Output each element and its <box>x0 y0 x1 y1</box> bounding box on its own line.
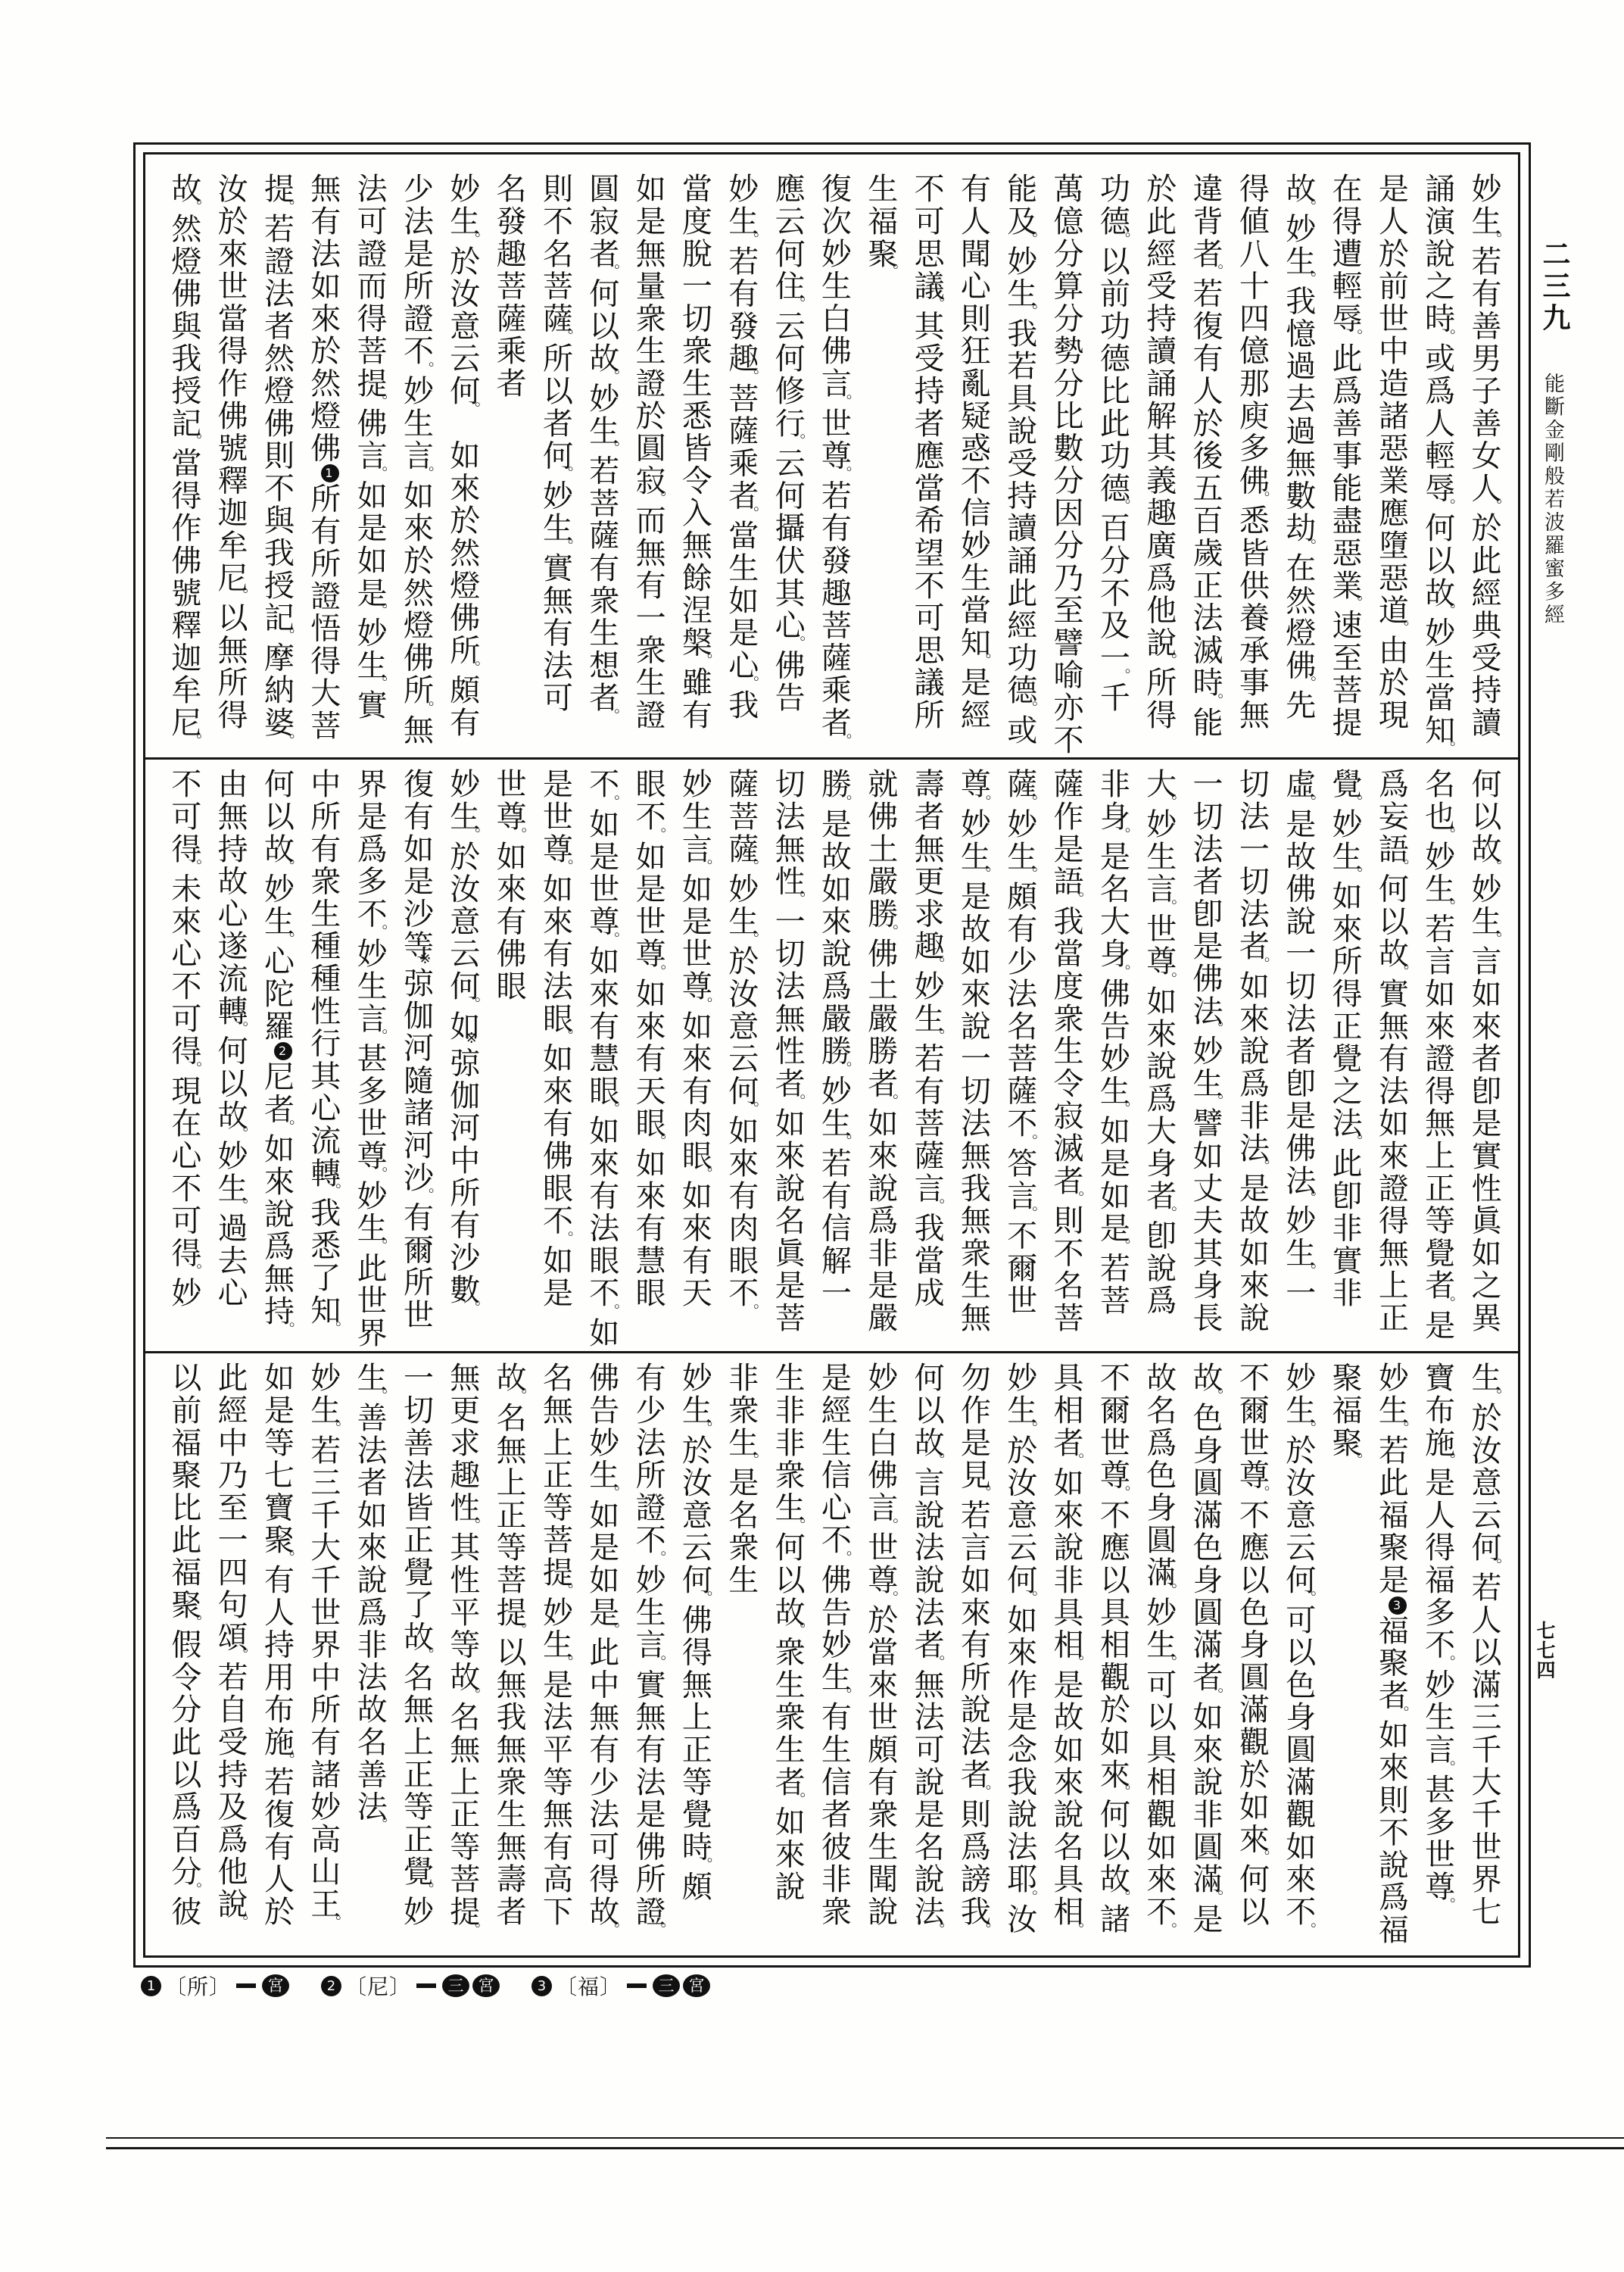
punctuation-circle: 。 <box>1439 603 1457 618</box>
text-column: 薩。妙生。頗有少法名菩薩不。答言。不爾世 <box>996 768 1042 1351</box>
punctuation-circle: 。 <box>1299 794 1317 810</box>
text-column: 妙生。於汝意云何。佛得無上正等覺時。頗 <box>671 1362 717 1946</box>
text-column: 萬億分算分勢分比數分因分乃至譬喻亦不 <box>1043 173 1089 757</box>
text-column: 薩作是語。我當度衆生令寂滅者。則不名菩 <box>1043 768 1089 1351</box>
punctuation-circle: 。 <box>277 1752 295 1768</box>
punctuation-circle: 。 <box>1021 304 1039 319</box>
punctuation-circle: 。 <box>1299 1421 1317 1436</box>
margin-leaf-number: 七七四 <box>1531 1621 1558 1680</box>
edition-badge: 宮 <box>262 1974 289 1997</box>
punctuation-circle: 。 <box>1021 794 1039 810</box>
text-column: 故名爲色身圓滿。妙生。可以具相觀如來不。 <box>1135 1362 1181 1946</box>
punctuation-circle: 。 <box>649 964 667 979</box>
punctuation-circle: 。 <box>834 733 853 748</box>
punctuation-circle: 。 <box>1392 620 1410 635</box>
punctuation-circle: 。 <box>927 296 946 311</box>
text-column: 於此經受持讀誦解其義趣廣爲他說。所得 <box>1135 173 1181 757</box>
punctuation-circle: 。 <box>277 1322 295 1337</box>
footnote-lemma: 〔福〕 <box>556 1971 622 2001</box>
punctuation-circle: 。 <box>277 199 295 214</box>
punctuation-circle: 。 <box>927 1655 946 1670</box>
punctuation-circle: 。 <box>185 733 203 748</box>
text-column: 圓寂者。何以故。妙生。若菩薩有衆生想者。 <box>578 173 624 757</box>
punctuation-circle: 。 <box>277 1119 295 1134</box>
text-column: 在得遭輕辱。此爲善事能盡惡業。速至菩提 <box>1321 173 1367 757</box>
punctuation-circle: 。 <box>556 859 574 874</box>
punctuation-circle: 。 <box>927 1922 946 1937</box>
punctuation-circle: 。 <box>927 957 946 972</box>
punctuation-circle: 。 <box>1252 957 1270 972</box>
punctuation-circle: 。 <box>695 653 713 668</box>
punctuation-circle: 。 <box>788 433 806 448</box>
punctuation-circle: 。 <box>1067 1922 1085 1937</box>
punctuation-circle: 。 <box>1439 1655 1457 1670</box>
punctuation-circle: 。 <box>1392 859 1410 874</box>
punctuation-circle: 。 <box>370 1238 388 1253</box>
text-column: 少法是所證不。妙生言。如來於然燈佛所。無 <box>392 173 438 757</box>
punctuation-circle: 。 <box>1485 859 1503 874</box>
inline-footnote-marker: 3 <box>1389 1596 1407 1615</box>
punctuation-circle: 。 <box>1252 491 1270 506</box>
punctuation-circle: 。 <box>1439 1897 1457 1912</box>
punctuation-circle: 。 <box>185 433 203 448</box>
punctuation-circle: 。 <box>416 1647 435 1662</box>
punctuation-circle: 。 <box>649 491 667 506</box>
punctuation-circle: 。 <box>1160 794 1178 810</box>
punctuation-circle: 。 <box>974 1485 992 1500</box>
punctuation-circle: 。 <box>370 1817 388 1832</box>
punctuation-circle: 。 <box>1160 972 1178 987</box>
text-column: 功德。以前功德比此功德。百分不及一。千 <box>1089 173 1135 757</box>
text-column: 何以故。言說法說法者。無法可說是名說法。 <box>903 1362 949 1946</box>
punctuation-circle: 。 <box>742 232 760 247</box>
punctuation-circle: 。 <box>556 1028 574 1044</box>
text-column: 妙生。若三千大千世界中所有諸妙高山王。 <box>299 1362 345 1946</box>
text-column: 爲妄語。何以故。實無有法如來證得無上正 <box>1367 768 1414 1351</box>
punctuation-circle: 。 <box>463 827 482 842</box>
punctuation-circle: 。 <box>463 1687 482 1702</box>
punctuation-circle: 。 <box>603 441 621 456</box>
text-column: 生。善法者如來說爲非法故名善法。 <box>346 1362 392 1946</box>
punctuation-circle: 。 <box>1345 866 1364 882</box>
text-column: 故。色身圓滿色身圓滿者。如來說非圓滿。是 <box>1182 1362 1228 1946</box>
punctuation-circle: 。 <box>463 1922 482 1937</box>
punctuation-circle: 。 <box>834 466 853 481</box>
punctuation-circle: 。 <box>974 1784 992 1799</box>
punctuation-circle: 。 <box>1160 1922 1178 1937</box>
punctuation-circle: 。 <box>416 1187 435 1203</box>
text-column: 佛告妙生。如是如是。此中無有少法可得故。 <box>578 1362 624 1946</box>
punctuation-circle: 。 <box>1345 1134 1364 1149</box>
punctuation-circle: 。 <box>231 1647 249 1662</box>
punctuation-circle: 。 <box>1206 1890 1224 1905</box>
punctuation-circle: 。 <box>788 1622 806 1637</box>
text-column: 何以故。妙生。言如來者卽是實性眞如之異 <box>1460 768 1507 1351</box>
punctuation-circle: 。 <box>1160 899 1178 914</box>
punctuation-circle: 。 <box>1345 595 1364 610</box>
punctuation-circle: 。 <box>463 1518 482 1533</box>
punctuation-circle: 。 <box>603 1101 621 1116</box>
text-column: 就佛土嚴勝。佛土嚴勝者。如來說爲非是嚴 <box>856 768 902 1351</box>
punctuation-circle: 。 <box>603 1622 621 1637</box>
text-column: 不。如是世尊。如來有慧眼。如來有法眼不。如 <box>578 768 624 1351</box>
footnote-number-badge: 2 <box>321 1976 341 1996</box>
text-column: 不可思議。其受持者應當希望不可思議所 <box>903 173 949 757</box>
text-column: 界是爲多不。妙生言。甚多世尊。妙生。此世界 <box>346 768 392 1351</box>
text-column: 大。妙生言。世尊。如來說爲大身者。卽說爲 <box>1135 768 1181 1351</box>
punctuation-circle: 。 <box>1485 498 1503 513</box>
variant-reference-mark: ※ <box>455 1042 470 1047</box>
punctuation-circle: 。 <box>1113 1890 1131 1905</box>
register-divider-2 <box>145 1351 1518 1353</box>
text-column: 薩菩薩。妙生。於汝意云何。如來有肉眼不。 <box>717 768 763 1351</box>
text-column: 如是無量衆生證於圓寂。而無有一衆生證 <box>625 173 671 757</box>
punctuation-circle: 。 <box>649 827 667 842</box>
punctuation-circle: 。 <box>1206 1094 1224 1109</box>
punctuation-circle: 。 <box>370 603 388 618</box>
punctuation-circle: 。 <box>277 733 295 748</box>
text-column: 如是等七寶聚。有人持用布施。若復有人於 <box>253 1362 299 1946</box>
text-column: 妙生。於汝意云何。 如來於然燈佛所。頗有 <box>438 173 485 757</box>
punctuation-circle: 。 <box>1021 1206 1039 1221</box>
punctuation-circle: 。 <box>1345 1453 1364 1468</box>
text-column: 非衆生。是名衆生 <box>717 1362 763 1946</box>
punctuation-circle: 。 <box>185 1615 203 1630</box>
text-column: 具相者。如來說非具相。是故如來說名具相。 <box>1043 1362 1089 1946</box>
punctuation-circle: 。 <box>1392 964 1410 979</box>
punctuation-circle: 。 <box>416 361 435 376</box>
text-column: 妙生。若有發趣。菩薩乘者。當生如是心。我 <box>717 173 763 757</box>
punctuation-circle: 。 <box>277 932 295 947</box>
punctuation-circle: 。 <box>742 1303 760 1319</box>
punctuation-circle: 。 <box>834 1061 853 1076</box>
inline-footnote-marker: 2 <box>274 1042 292 1060</box>
punctuation-circle: 。 <box>1299 1263 1317 1278</box>
punctuation-circle: 。 <box>510 1388 528 1403</box>
punctuation-circle: 。 <box>1439 498 1457 513</box>
punctuation-circle: 。 <box>1299 271 1317 286</box>
punctuation-circle: 。 <box>1392 1421 1410 1436</box>
punctuation-circle: 。 <box>324 1421 342 1436</box>
punctuation-circle: 。 <box>1485 232 1503 247</box>
punctuation-circle: 。 <box>510 827 528 842</box>
text-column: 妙生。若有善男子善女人。於此經典受持讀 <box>1460 173 1507 757</box>
punctuation-circle: 。 <box>603 1303 621 1319</box>
punctuation-circle: 。 <box>556 1231 574 1246</box>
punctuation-circle: 。 <box>881 1094 899 1109</box>
punctuation-circle: 。 <box>277 628 295 643</box>
punctuation-circle: 。 <box>742 859 760 874</box>
punctuation-circle: 。 <box>324 1183 342 1198</box>
punctuation-circle: 。 <box>416 466 435 481</box>
footnote-number-badge: 1 <box>141 1976 161 1996</box>
punctuation-circle: 。 <box>881 264 899 279</box>
punctuation-circle: 。 <box>556 1583 574 1598</box>
punctuation-circle: 。 <box>603 932 621 947</box>
punctuation-circle: 。 <box>1113 668 1131 683</box>
text-column: 名發趣菩薩乘者 <box>485 173 531 757</box>
text-column: 妙生。若此福聚是3福聚者。如來則不說爲福 <box>1367 1362 1414 1946</box>
text-column: 復次妙生白佛言。世尊。若有發趣菩薩乘者。 <box>810 173 856 757</box>
punctuation-circle: 。 <box>1299 1922 1317 1937</box>
punctuation-circle: 。 <box>370 676 388 691</box>
punctuation-circle: 。 <box>1252 1159 1270 1174</box>
footnote-lemma: 〔所〕 <box>165 1971 231 2001</box>
punctuation-circle: 。 <box>463 997 482 1012</box>
punctuation-circle: 。 <box>1160 1583 1178 1598</box>
text-column: 是人於前世中造諸惡業應墮惡道。由於現 <box>1367 173 1414 757</box>
text-column: 眼不。如是世尊。如來有天眼。如來有慧眼 <box>625 768 671 1351</box>
text-column: 妙生。於汝意云何。可以色身圓滿觀如來不。 <box>1274 1362 1320 1946</box>
punctuation-circle: 。 <box>1021 1134 1039 1149</box>
punctuation-circle: 。 <box>1021 701 1039 716</box>
punctuation-circle: 。 <box>788 296 806 311</box>
punctuation-circle: 。 <box>788 891 806 907</box>
punctuation-circle: 。 <box>881 924 899 939</box>
punctuation-circle: 。 <box>1160 1206 1178 1221</box>
punctuation-circle: 。 <box>603 264 621 279</box>
footnote-entry: 2〔尼〕三宮 <box>321 1971 500 2001</box>
punctuation-circle: 。 <box>1485 932 1503 947</box>
text-column: 何以故。妙生。心陀羅2尼者。如來說爲無持。 <box>253 768 299 1351</box>
punctuation-circle: 。 <box>1206 264 1224 279</box>
punctuation-circle: 。 <box>1067 1453 1085 1468</box>
text-column: 由無持故心遂流轉。何以故。妙生。過去心 <box>207 768 253 1351</box>
omission-dash <box>627 1983 647 1988</box>
edition-badge: 三 <box>653 1974 680 1997</box>
punctuation-circle: 。 <box>185 1061 203 1076</box>
punctuation-circle: 。 <box>1439 1760 1457 1775</box>
punctuation-circle: 。 <box>742 932 760 947</box>
punctuation-circle: 。 <box>556 329 574 344</box>
punctuation-circle: 。 <box>974 794 992 810</box>
text-column: 汝於來世當得作佛號釋迦牟尼。以無所得 <box>207 173 253 757</box>
punctuation-circle: 。 <box>1299 199 1317 214</box>
punctuation-circle: 。 <box>1113 1238 1131 1253</box>
punctuation-circle: 。 <box>1160 653 1178 668</box>
apparatus-footnotes: 1〔所〕宮2〔尼〕三宮3〔福〕三宮 <box>141 1971 710 2001</box>
punctuation-circle: 。 <box>1113 964 1131 979</box>
punctuation-circle: 。 <box>1206 1388 1224 1403</box>
text-column: 中所有衆生種種性行其心流轉。我悉了知。 <box>299 768 345 1351</box>
punctuation-circle: 。 <box>1345 794 1364 810</box>
punctuation-circle: 。 <box>695 997 713 1012</box>
punctuation-circle: 。 <box>463 232 482 247</box>
punctuation-circle: 。 <box>231 1126 249 1141</box>
punctuation-circle: 。 <box>788 1094 806 1109</box>
text-column: 得値八十四億那庾多佛。悉皆供養承事無 <box>1228 173 1274 757</box>
text-column: 生。於汝意云何。若人以滿三千大千世界七 <box>1460 1362 1507 1946</box>
punctuation-circle: 。 <box>695 1857 713 1872</box>
text-column: 無更求趣性。其性平等故。名無上正等菩提。 <box>438 1362 485 1946</box>
punctuation-circle: 。 <box>603 794 621 810</box>
punctuation-circle: 。 <box>1345 329 1364 344</box>
omission-dash <box>236 1983 256 1988</box>
punctuation-circle: 。 <box>1439 329 1457 344</box>
punctuation-circle: 。 <box>463 1300 482 1315</box>
punctuation-circle: 。 <box>974 653 992 668</box>
punctuation-circle: 。 <box>1439 1296 1457 1311</box>
punctuation-circle: 。 <box>603 1485 621 1500</box>
punctuation-circle: 。 <box>788 1518 806 1533</box>
punctuation-circle: 。 <box>1206 693 1224 708</box>
register-a: 妙生。若有善男子善女人。於此經典受持讀誦演說之時。或爲人輕辱。何以故。妙生當知。… <box>160 173 1507 757</box>
punctuation-circle: 。 <box>1299 538 1317 554</box>
punctuation-circle: 。 <box>1113 1101 1131 1116</box>
text-column: 提。若證法者然燈佛則不與我授記。摩納婆。 <box>253 173 299 757</box>
inline-footnote-marker: 1 <box>321 464 339 482</box>
text-column: 妙生。於汝意云何。如※弶伽河中所有沙數。 <box>438 768 485 1351</box>
punctuation-circle: 。 <box>834 1134 853 1149</box>
punctuation-circle: 。 <box>742 369 760 384</box>
text-column: 無有法如來於然燈佛1所有所證悟得大菩 <box>299 173 345 757</box>
text-column: 壽者無更求趣。妙生。若有菩薩言。我當成 <box>903 768 949 1351</box>
edition-badge: 三 <box>442 1974 469 1997</box>
punctuation-circle: 。 <box>1113 1485 1131 1500</box>
text-column: 寶布施。是人得福多不。妙生言。甚多世尊。 <box>1414 1362 1460 1946</box>
text-column: 是經生信心不。佛告妙生。有生信者彼非衆 <box>810 1362 856 1946</box>
punctuation-circle: 。 <box>974 1922 992 1937</box>
punctuation-circle: 。 <box>370 466 388 481</box>
punctuation-circle: 。 <box>1113 498 1131 513</box>
text-column: 故。名無上正等菩提。以無我無衆生無壽者 <box>485 1362 531 1946</box>
punctuation-circle: 。 <box>231 1915 249 1930</box>
text-column: 不爾世尊。不應以具相觀於如來。何以故。諸 <box>1089 1362 1135 1946</box>
text-column: 有少法所證不。妙生言。實無有法是佛所證。 <box>625 1362 671 1946</box>
text-column: 聚福聚。 <box>1321 1362 1367 1946</box>
punctuation-circle: 。 <box>695 1421 713 1436</box>
punctuation-circle: 。 <box>1113 1784 1131 1799</box>
text-column: 妙生。於汝意云何。如來作是念我說法耶。汝 <box>996 1362 1042 1946</box>
punctuation-circle: 。 <box>185 1263 203 1278</box>
text-column: 一切法者卽是佛法。妙生。譬如丈夫其身長 <box>1182 768 1228 1351</box>
edition-badge: 宮 <box>472 1974 500 1997</box>
punctuation-circle: 。 <box>1392 1706 1410 1721</box>
margin-sutra-number: 二三九 <box>1534 239 1575 335</box>
punctuation-circle: 。 <box>1021 1590 1039 1606</box>
text-column: 覺。妙生。如來所得正覺之法。此卽非實非 <box>1321 768 1367 1351</box>
punctuation-circle: 。 <box>463 401 482 409</box>
punctuation-circle: 。 <box>556 538 574 554</box>
punctuation-circle: 。 <box>695 859 713 874</box>
text-column: 切法無性。一切法無性者。如來說名眞是菩 <box>764 768 810 1351</box>
punctuation-circle: 。 <box>1299 1590 1317 1606</box>
text-column: 當度脫一切衆生悉皆令入無餘涅槃。雖有 <box>671 173 717 757</box>
punctuation-circle: 。 <box>742 676 760 691</box>
punctuation-circle: 。 <box>974 866 992 882</box>
text-column: 是世尊。如來有法眼。如來有佛眼不。如是 <box>531 768 578 1351</box>
text-column: 誦演說之時。或爲人輕辱。何以故。妙生當知。 <box>1414 173 1460 757</box>
punctuation-circle: 。 <box>1113 232 1131 247</box>
text-column: 勿作是見。若言如來有所說法者。則爲謗我。 <box>949 1362 996 1946</box>
punctuation-circle: 。 <box>927 1198 946 1213</box>
punctuation-circle: 。 <box>788 1792 806 1807</box>
footnote-entry: 1〔所〕宮 <box>141 1971 289 2001</box>
text-column: 能及。妙生。我若具說受持讀誦此經功德。或 <box>996 173 1042 757</box>
variant-reference-mark: ※ <box>408 963 423 967</box>
punctuation-circle: 。 <box>1206 1021 1224 1036</box>
punctuation-circle: 。 <box>231 588 249 603</box>
text-column: 妙生白佛言。世尊。於當來世頗有衆生聞說 <box>856 1362 902 1946</box>
punctuation-circle: 。 <box>370 1166 388 1181</box>
text-column: 非身。是名大身。佛告妙生。如是如是。若菩 <box>1089 768 1135 1351</box>
punctuation-circle: 。 <box>742 506 760 521</box>
bottom-rule-thick <box>106 2147 1624 2149</box>
punctuation-circle: 。 <box>649 1550 667 1565</box>
text-column: 不可得。未來心不可得。現在心不可得。妙 <box>160 768 206 1351</box>
text-column: 一切善法皆正覺了故。名無上正等正覺。妙 <box>392 1362 438 1946</box>
punctuation-circle: 。 <box>1299 1191 1317 1206</box>
edition-badge: 宮 <box>683 1974 710 1997</box>
punctuation-circle: 。 <box>510 1622 528 1637</box>
text-column: 虛。是故佛說一切法者卽是佛法。妙生。一 <box>1274 768 1320 1351</box>
punctuation-circle: 。 <box>927 1453 946 1468</box>
punctuation-circle: 。 <box>370 924 388 939</box>
punctuation-circle: 。 <box>1485 1388 1503 1403</box>
text-column: 復有如是沙等※弶伽河隨諸河沙。有爾所世 <box>392 768 438 1351</box>
text-column: 尊。妙生。是故如來說一切法無我無衆生無 <box>949 768 996 1351</box>
punctuation-circle: 。 <box>649 1134 667 1149</box>
footnote-lemma: 〔尼〕 <box>345 1971 411 2001</box>
punctuation-circle: 。 <box>1021 1890 1039 1905</box>
text-column: 名也。妙生。若言如來證得無上正等覺者。是 <box>1414 768 1460 1351</box>
text-column: 不爾世尊。不應以色身圓滿觀於如來。何以 <box>1228 1362 1274 1946</box>
punctuation-circle: 。 <box>1206 1687 1224 1702</box>
punctuation-circle: 。 <box>1252 1485 1270 1500</box>
punctuation-circle: 。 <box>416 701 435 716</box>
text-column: 此經中乃至一四句頌。若自受持及爲他說。 <box>207 1362 253 1946</box>
margin-scripture-title: 能斷金剛般若波羅蜜多經 <box>1538 373 1567 627</box>
punctuation-circle: 。 <box>1067 891 1085 907</box>
punctuation-circle: 。 <box>1439 827 1457 842</box>
text-column: 有人聞心則狂亂疑惑不信妙生當知。是經 <box>949 173 996 757</box>
punctuation-circle: 。 <box>556 466 574 481</box>
punctuation-circle: 。 <box>1299 676 1317 691</box>
text-column: 世尊。如來有佛眼 <box>485 768 531 1351</box>
register-b: 何以故。妙生。言如來者卽是實性眞如之異名也。妙生。若言如來證得無上正等覺者。是爲… <box>160 768 1507 1351</box>
punctuation-circle: 。 <box>834 1687 853 1702</box>
punctuation-circle: 。 <box>185 1882 203 1897</box>
text-column: 生福聚。 <box>856 173 902 757</box>
punctuation-circle: 。 <box>927 1028 946 1044</box>
text-column: 以前福聚比此福聚。假令分此以爲百分。彼 <box>160 1362 206 1946</box>
punctuation-circle: 。 <box>649 1655 667 1670</box>
punctuation-circle: 。 <box>1021 1421 1039 1436</box>
punctuation-circle: 。 <box>1113 827 1131 842</box>
text-column: 妙生言。如是世尊。如來有肉眼。如來有天 <box>671 768 717 1351</box>
punctuation-circle: 。 <box>1439 899 1457 914</box>
punctuation-circle: 。 <box>1252 1849 1270 1865</box>
punctuation-circle: 。 <box>695 1590 713 1606</box>
punctuation-circle: 。 <box>463 660 482 676</box>
punctuation-circle: 。 <box>603 1922 621 1937</box>
punctuation-circle: 。 <box>370 1028 388 1044</box>
text-column: 則不名菩薩。所以者何。妙生。實無有法可 <box>531 173 578 757</box>
punctuation-circle: 。 <box>695 1166 713 1181</box>
punctuation-circle: 。 <box>1067 1191 1085 1206</box>
punctuation-circle: 。 <box>742 1101 760 1116</box>
text-column: 故。然燈佛與我授記。當得作佛號釋迦牟尼。 <box>160 173 206 757</box>
punctuation-circle: 。 <box>370 394 388 409</box>
punctuation-circle: 。 <box>324 1915 342 1930</box>
bottom-rule-thin <box>106 2137 1624 2139</box>
punctuation-circle: 。 <box>881 1590 899 1606</box>
punctuation-circle: 。 <box>1439 741 1457 756</box>
punctuation-circle: 。 <box>1485 1558 1503 1573</box>
punctuation-circle: 。 <box>370 1388 388 1403</box>
register-c: 生。於汝意云何。若人以滿三千大千世界七寶布施。是人得福多不。妙生言。甚多世尊。妙… <box>160 1362 1507 1946</box>
text-column: 生非非衆生。何以故。衆生衆生者。如來說 <box>764 1362 810 1946</box>
